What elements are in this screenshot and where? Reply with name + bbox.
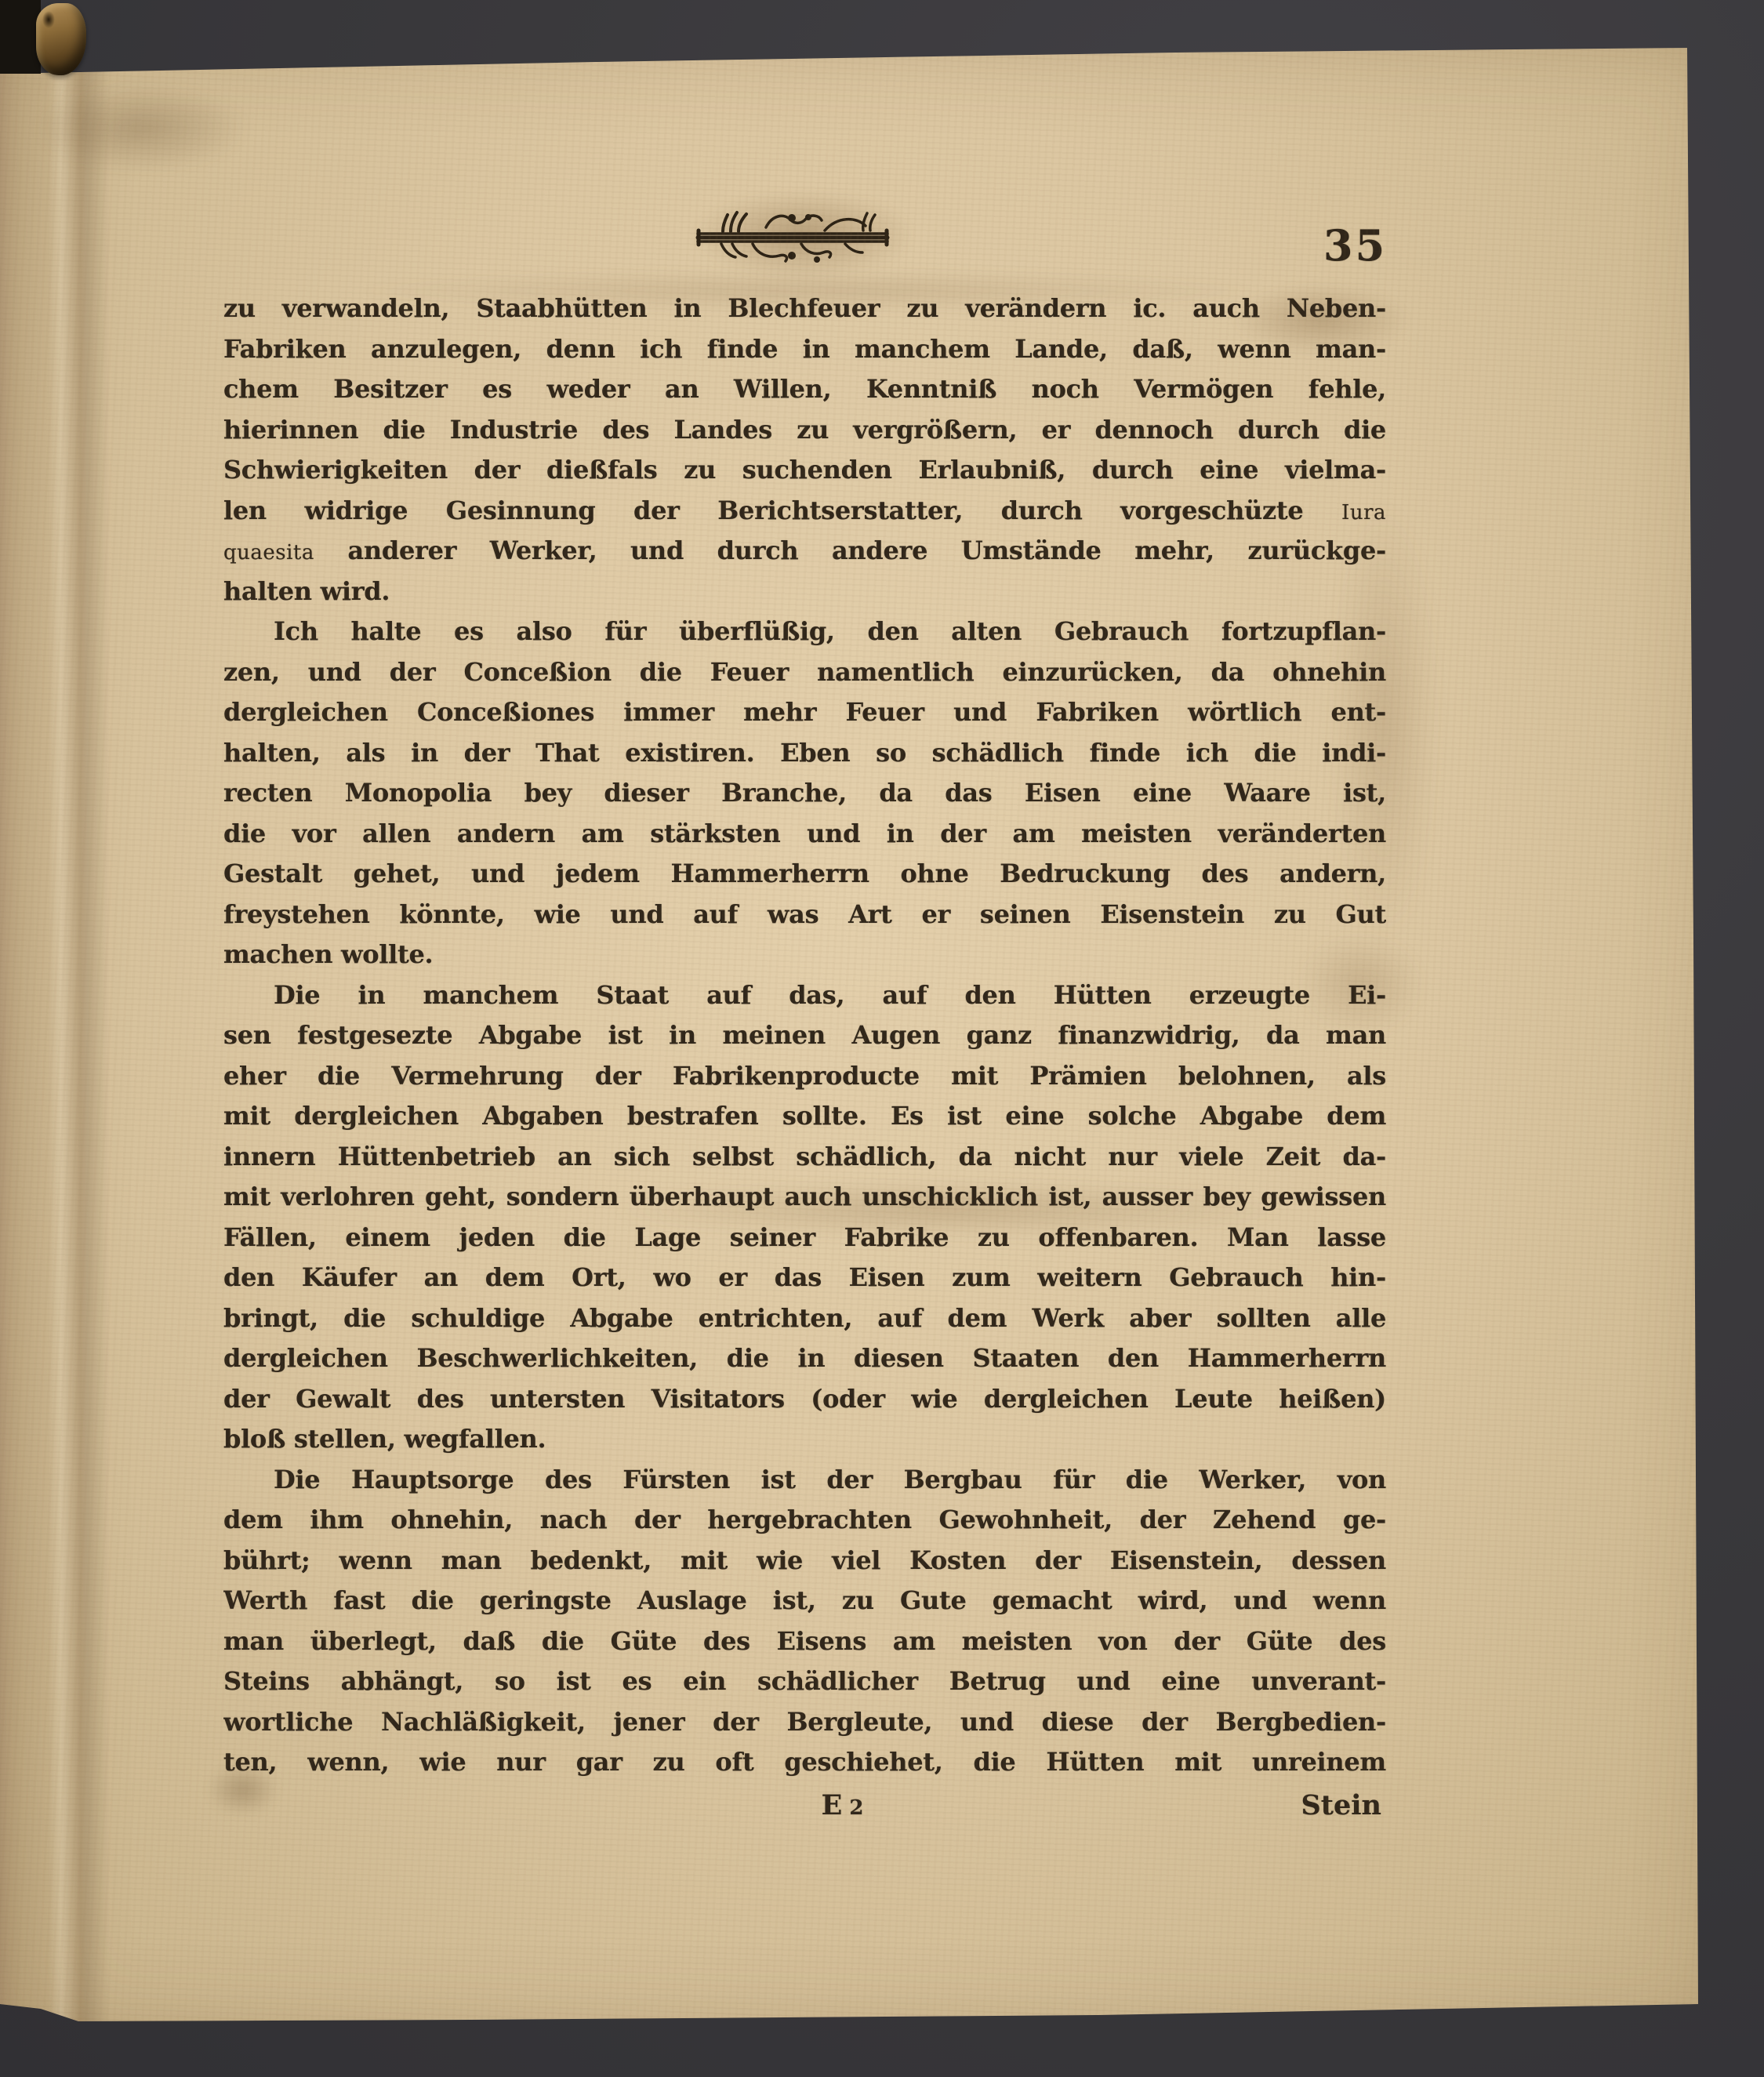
text-line: der Gewalt des untersten Visitators (ode… bbox=[223, 1379, 1386, 1420]
text-line: Die in manchem Staat auf das, auf den Hü… bbox=[223, 975, 1386, 1016]
fraktur-text-run: mit verlohren geht, sondern überhaupt au… bbox=[223, 1182, 1386, 1211]
fraktur-text-run: machen wollte. bbox=[223, 939, 433, 969]
text-line: zu verwandeln, Staabhütten in Blechfeuer… bbox=[223, 289, 1386, 329]
fraktur-text-run: Die in manchem Staat auf das, auf den Hü… bbox=[274, 980, 1386, 1010]
fraktur-text-run: der Gewalt des untersten Visitators (ode… bbox=[223, 1384, 1386, 1414]
fraktur-text-run: Die Hauptsorge des Fürsten ist der Bergb… bbox=[274, 1465, 1386, 1494]
fraktur-text-run: mit dergleichen Abgaben bestrafen sollte… bbox=[223, 1101, 1386, 1131]
antiqua-text-run: Iura bbox=[1341, 501, 1386, 525]
page-number: 35 bbox=[1323, 220, 1386, 271]
fraktur-text-run: Fällen, einem jeden die Lage seiner Fabr… bbox=[223, 1222, 1386, 1252]
fraktur-text-run: bloß stellen, wegfallen. bbox=[223, 1424, 546, 1454]
text-line: dem ihm ohnehin, nach der hergebrachten … bbox=[223, 1500, 1386, 1541]
text-line: Fällen, einem jeden die Lage seiner Fabr… bbox=[223, 1218, 1386, 1258]
fraktur-text-run: hierinnen die Industrie des Landes zu ve… bbox=[223, 415, 1386, 445]
text-line: Gestalt gehet, und jedem Hammerherrn ohn… bbox=[223, 854, 1386, 895]
fraktur-text-run: anderer Werker, und durch andere Umständ… bbox=[314, 536, 1386, 565]
text-line: Ich halte es also für überflüßig, den al… bbox=[223, 612, 1386, 652]
text-line: chem Besitzer es weder an Willen, Kenntn… bbox=[223, 369, 1386, 410]
fraktur-text-run: man überlegt, daß die Güte des Eisens am… bbox=[223, 1626, 1386, 1656]
text-line: bringt, die schuldige Abgabe entrichten,… bbox=[223, 1298, 1386, 1339]
book-clasp-icon bbox=[36, 3, 86, 75]
scan-background: 35 bbox=[0, 0, 1764, 2077]
text-line: hierinnen die Industrie des Landes zu ve… bbox=[223, 410, 1386, 451]
text-line: machen wollte. bbox=[223, 935, 1386, 975]
text-line: halten, als in der That existiren. Eben … bbox=[223, 733, 1386, 774]
fraktur-text-run: eher die Vermehrung der Fabrikenproducte… bbox=[223, 1061, 1386, 1091]
text-line: eher die Vermehrung der Fabrikenproducte… bbox=[223, 1056, 1386, 1097]
fraktur-text-run: Gestalt gehet, und jedem Hammerherrn ohn… bbox=[223, 859, 1386, 888]
fraktur-text-run: zen, und der Conceßion die Feuer namentl… bbox=[223, 657, 1386, 687]
text-line: dergleichen Conceßiones immer mehr Feuer… bbox=[223, 692, 1386, 733]
fraktur-text-run: freystehen könnte, wie und auf was Art e… bbox=[223, 899, 1386, 929]
fraktur-text-run: dem ihm ohnehin, nach der hergebrachten … bbox=[223, 1505, 1386, 1534]
text-line: Werth fast die geringste Auslage ist, zu… bbox=[223, 1581, 1386, 1621]
text-line: wortliche Nachläßigkeit, jener der Bergl… bbox=[223, 1702, 1386, 1743]
text-line: recten Monopolia bey dieser Branche, da … bbox=[223, 773, 1386, 814]
text-line: bührt; wenn man bedenkt, mit wie viel Ko… bbox=[223, 1541, 1386, 1581]
fraktur-text-run: bringt, die schuldige Abgabe entrichten,… bbox=[223, 1303, 1386, 1333]
text-block: zu verwandeln, Staabhütten in Blechfeuer… bbox=[223, 289, 1386, 1783]
text-line: Fabriken anzulegen, denn ich finde in ma… bbox=[223, 329, 1386, 370]
fraktur-text-run: Fabriken anzulegen, denn ich finde in ma… bbox=[223, 334, 1386, 364]
text-line: man überlegt, daß die Güte des Eisens am… bbox=[223, 1621, 1386, 1662]
stain bbox=[0, 69, 282, 187]
fraktur-text-run: chem Besitzer es weder an Willen, Kenntn… bbox=[223, 374, 1386, 404]
text-line: innern Hüttenbetrieb an sich selbst schä… bbox=[223, 1137, 1386, 1178]
text-line: dergleichen Beschwerlichkeiten, die in d… bbox=[223, 1338, 1386, 1379]
text-line: Steins abhängt, so ist es ein schädliche… bbox=[223, 1661, 1386, 1702]
text-line: mit dergleichen Abgaben bestrafen sollte… bbox=[223, 1096, 1386, 1137]
fraktur-text-run: innern Hüttenbetrieb an sich selbst schä… bbox=[223, 1142, 1386, 1171]
text-line: bloß stellen, wegfallen. bbox=[223, 1419, 1386, 1460]
text-line: freystehen könnte, wie und auf was Art e… bbox=[223, 895, 1386, 935]
text-line: mit verlohren geht, sondern überhaupt au… bbox=[223, 1177, 1386, 1218]
fraktur-text-run: dergleichen Conceßiones immer mehr Feuer… bbox=[223, 697, 1386, 727]
text-line: die vor allen andern am stärksten und in… bbox=[223, 814, 1386, 855]
text-line: den Käufer an dem Ort, wo er das Eisen z… bbox=[223, 1258, 1386, 1298]
fraktur-text-run: zu verwandeln, Staabhütten in Blechfeuer… bbox=[223, 293, 1386, 323]
signature-mark: E 2 bbox=[261, 1789, 1424, 1821]
antiqua-text-run: quaesita bbox=[223, 541, 314, 565]
fraktur-text-run: dergleichen Beschwerlichkeiten, die in d… bbox=[223, 1343, 1386, 1373]
signature-row: E 2 Stein bbox=[223, 1789, 1386, 1833]
catchword: Stein bbox=[1301, 1789, 1381, 1821]
fraktur-text-run: wortliche Nachläßigkeit, jener der Bergl… bbox=[223, 1707, 1386, 1737]
book-page: 35 bbox=[0, 0, 1764, 2077]
fraktur-text-run: den Käufer an dem Ort, wo er das Eisen z… bbox=[223, 1262, 1386, 1292]
text-line: ten, wenn, wie nur gar zu oft geschiehet… bbox=[223, 1742, 1386, 1783]
fraktur-text-run: halten wird. bbox=[223, 576, 390, 606]
text-line: Schwierigkeiten der dießfals zu suchende… bbox=[223, 450, 1386, 491]
text-line: Die Hauptsorge des Fürsten ist der Bergb… bbox=[223, 1460, 1386, 1501]
text-line: quaesita anderer Werker, und durch ander… bbox=[223, 531, 1386, 572]
text-line: len widrige Gesinnung der Berichtserstat… bbox=[223, 491, 1386, 532]
page-fold-crease bbox=[49, 0, 110, 2077]
text-line: sen festgesezte Abgabe ist in meinen Aug… bbox=[223, 1015, 1386, 1056]
header-ornament-icon bbox=[691, 207, 895, 265]
text-line: halten wird. bbox=[223, 572, 1386, 612]
fraktur-text-run: len widrige Gesinnung der Berichtserstat… bbox=[223, 496, 1341, 525]
fraktur-text-run: Schwierigkeiten der dießfals zu suchende… bbox=[223, 455, 1386, 485]
fraktur-text-run: die vor allen andern am stärksten und in… bbox=[223, 819, 1386, 848]
text-line: zen, und der Conceßion die Feuer namentl… bbox=[223, 652, 1386, 693]
fraktur-text-run: recten Monopolia bey dieser Branche, da … bbox=[223, 778, 1386, 808]
fraktur-text-run: ten, wenn, wie nur gar zu oft geschiehet… bbox=[223, 1747, 1386, 1777]
fraktur-text-run: Ich halte es also für überflüßig, den al… bbox=[274, 616, 1386, 646]
fraktur-text-run: Werth fast die geringste Auslage ist, zu… bbox=[223, 1585, 1386, 1615]
binding-shadow bbox=[0, 0, 41, 74]
fraktur-text-run: sen festgesezte Abgabe ist in meinen Aug… bbox=[223, 1020, 1386, 1050]
fraktur-text-run: Steins abhängt, so ist es ein schädliche… bbox=[223, 1666, 1386, 1696]
fraktur-text-run: halten, als in der That existiren. Eben … bbox=[223, 738, 1386, 768]
fraktur-text-run: bührt; wenn man bedenkt, mit wie viel Ko… bbox=[223, 1545, 1386, 1575]
